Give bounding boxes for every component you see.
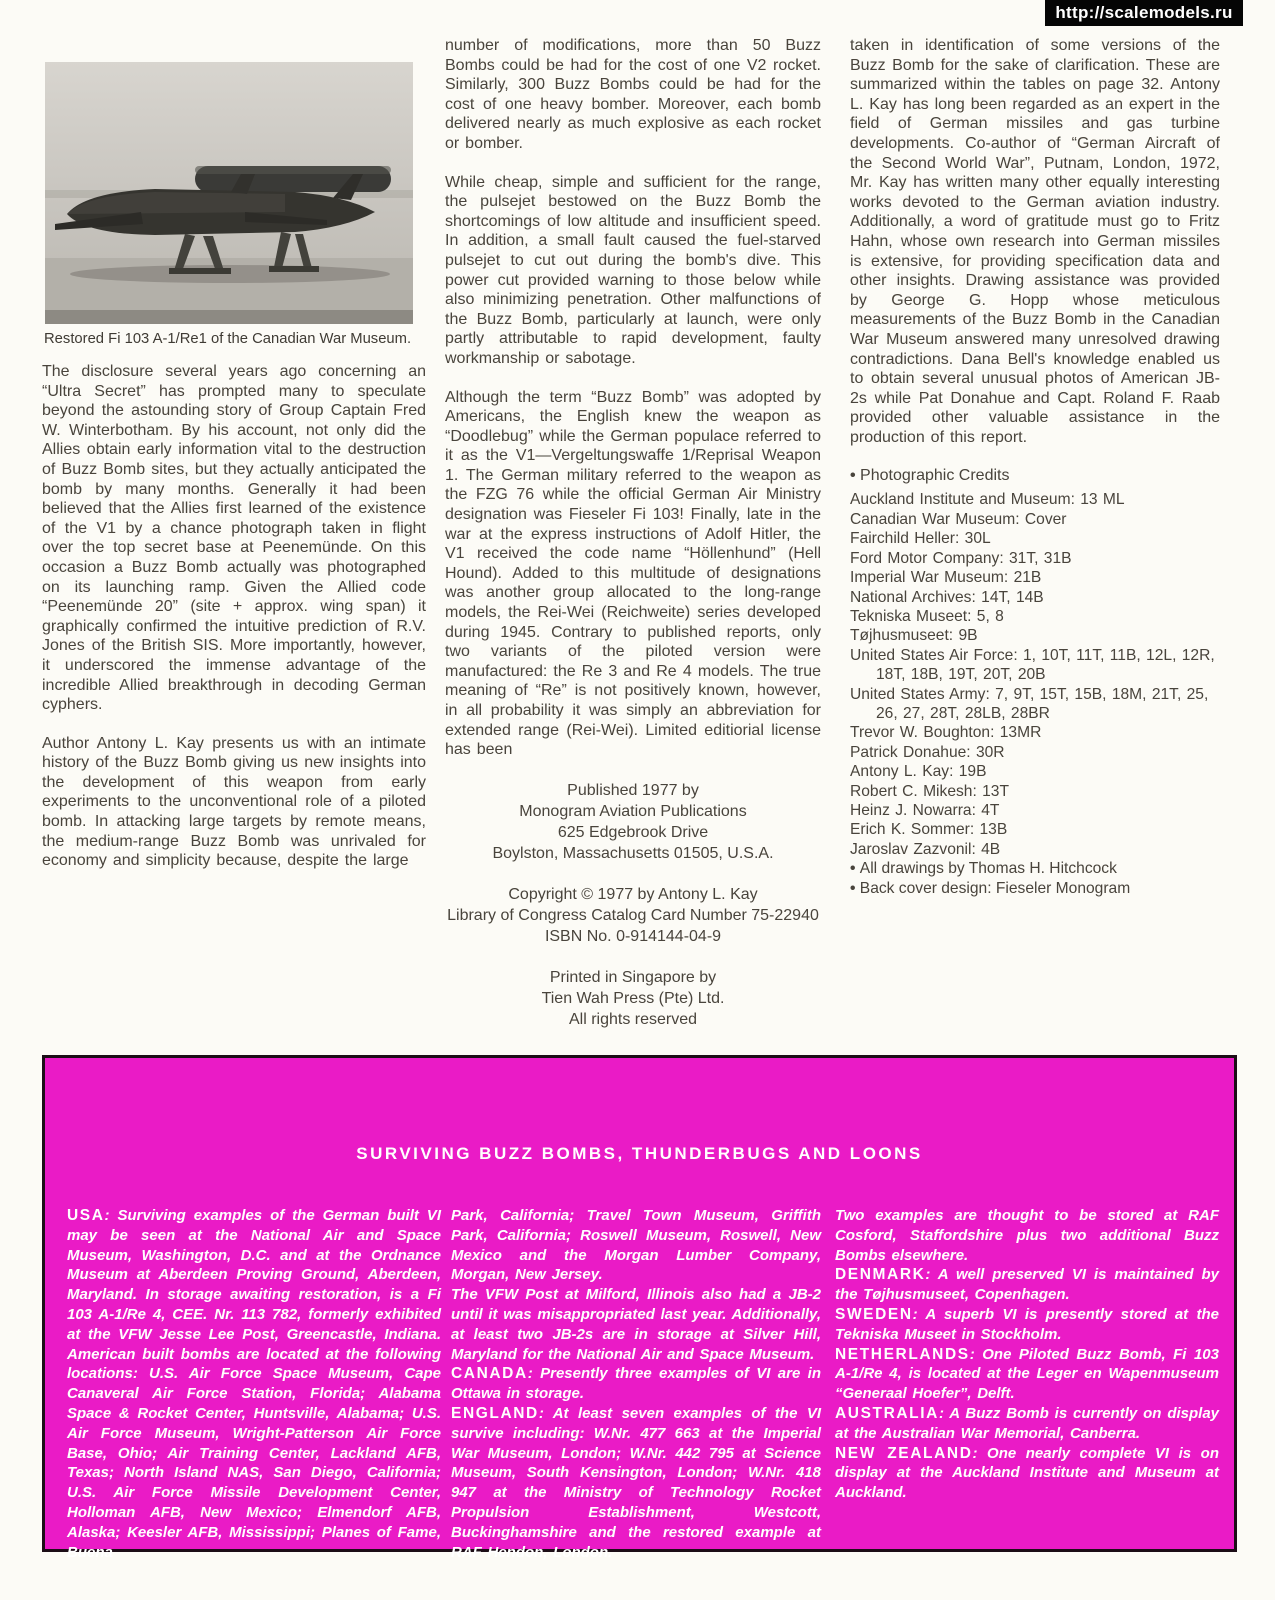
country-label: USA [67, 1207, 105, 1224]
survivor-entry: ENGLAND: At least seven examples of the … [451, 1404, 821, 1562]
publisher-block: Published 1977 byMonogram Aviation Publi… [445, 780, 821, 864]
copyright-line: Copyright © 1977 by Antony L. Kay [363, 884, 903, 905]
credit-line: Patrick Donahue: 30R [850, 743, 1220, 762]
survivor-entry: Two examples are thought to be stored at… [835, 1206, 1219, 1265]
footnote-line: Back cover design: Fieseler Monogram [850, 879, 1220, 898]
credit-line: Trevor W. Boughton: 13MR [850, 723, 1220, 742]
text-column-middle: number of modifications, more than 50 Bu… [445, 36, 821, 1030]
printer-line: Printed in Singapore by [445, 967, 821, 988]
publisher-line: Boylston, Massachusetts 01505, U.S.A. [445, 843, 821, 864]
credit-line: Jaroslav Zazvonil: 4B [850, 840, 1220, 859]
survivor-entry: NETHERLANDS: One Piloted Buzz Bomb, Fi 1… [835, 1345, 1219, 1404]
credit-line: Imperial War Museum: 21B [850, 568, 1220, 587]
publisher-line: Monogram Aviation Publications [445, 801, 821, 822]
footnotes: All drawings by Thomas H. HitchcockBack … [850, 859, 1220, 898]
country-label: NETHERLANDS [835, 1346, 970, 1363]
country-label: DENMARK [835, 1266, 925, 1283]
credit-line: Tekniska Museet: 5, 8 [850, 607, 1220, 626]
survivor-entry: Park, California; Travel Town Museum, Gr… [451, 1206, 821, 1285]
publisher-line: 625 Edgebrook Drive [445, 822, 821, 843]
text-column-left: The disclosure several years ago concern… [42, 362, 426, 890]
credit-line: United States Air Force: 1, 10T, 11T, 11… [850, 646, 1220, 685]
survivor-entry: DENMARK: A well preserved VI is maintain… [835, 1265, 1219, 1305]
copyright-line: Library of Congress Catalog Card Number … [363, 905, 903, 926]
entry-text: At least seven examples of the VI surviv… [451, 1405, 821, 1561]
survivors-title: SURVIVING BUZZ BOMBS, THUNDERBUGS AND LO… [45, 1144, 1234, 1164]
publisher-line: Published 1977 by [445, 780, 821, 801]
paragraph: Author Antony L. Kay presents us with an… [42, 734, 426, 871]
paragraph: taken in identification of some versions… [850, 36, 1220, 447]
printer-line: Tien Wah Press (Pte) Ltd. [445, 988, 821, 1009]
survivor-entry: CANADA: Presently three examples of VI a… [451, 1364, 821, 1404]
survivor-entry: The VFW Post at Milford, Illinois also h… [451, 1285, 821, 1364]
survivors-column-3: Two examples are thought to be stored at… [835, 1206, 1219, 1503]
v1-photo-illustration [45, 62, 413, 324]
credit-line: Heinz J. Nowarra: 4T [850, 801, 1220, 820]
scanned-book-page: http://scalemodels.ru [0, 0, 1275, 1600]
country-label: AUSTRALIA [835, 1405, 939, 1422]
credits-list: Auckland Institute and Museum: 13 MLCana… [850, 490, 1220, 859]
footnote-line: All drawings by Thomas H. Hitchcock [850, 859, 1220, 878]
paragraph: While cheap, simple and sufficient for t… [445, 173, 821, 369]
survivor-entry: SWEDEN: A superb VI is presently stored … [835, 1305, 1219, 1345]
survivor-entry: AUSTRALIA: A Buzz Bomb is currently on d… [835, 1404, 1219, 1444]
credit-line: Erich K. Sommer: 13B [850, 820, 1220, 839]
credit-line: Ford Motor Company: 31T, 31B [850, 549, 1220, 568]
paragraph: Although the term “Buzz Bomb” was adopte… [445, 388, 821, 760]
entry-text: Two examples are thought to be stored at… [835, 1207, 1219, 1264]
entry-text: Surviving examples of the German built V… [67, 1207, 441, 1561]
copyright-line: ISBN No. 0-914144-04-9 [363, 926, 903, 947]
paragraph: The disclosure several years ago concern… [42, 362, 426, 715]
watermark-url: http://scalemodels.ru [1045, 0, 1243, 26]
paragraph: number of modifications, more than 50 Bu… [445, 36, 821, 154]
copyright-block: Copyright © 1977 by Antony L. KayLibrary… [363, 884, 903, 947]
entry-text: The VFW Post at Milford, Illinois also h… [451, 1286, 821, 1362]
photo-caption: Restored Fi 103 A-1/Re1 of the Canadian … [44, 331, 430, 347]
credit-line: National Archives: 14T, 14B [850, 588, 1220, 607]
survivors-column-1: USA: Surviving examples of the German bu… [67, 1206, 441, 1562]
credit-line: Auckland Institute and Museum: 13 ML [850, 490, 1220, 509]
credit-line: United States Army: 7, 9T, 15T, 15B, 18M… [850, 685, 1220, 724]
survivors-box: SURVIVING BUZZ BOMBS, THUNDERBUGS AND LO… [42, 1055, 1237, 1552]
text-column-right: taken in identification of some versions… [850, 36, 1220, 898]
credit-line: Robert C. Mikesh: 13T [850, 782, 1220, 801]
credit-line: Canadian War Museum: Cover [850, 510, 1220, 529]
entry-text: Park, California; Travel Town Museum, Gr… [451, 1207, 821, 1283]
printer-block: Printed in Singapore byTien Wah Press (P… [445, 967, 821, 1030]
credit-line: Fairchild Heller: 30L [850, 529, 1220, 548]
survivor-entry: NEW ZEALAND: One nearly complete VI is o… [835, 1444, 1219, 1503]
v1-photo [45, 62, 413, 324]
survivor-entry: USA: Surviving examples of the German bu… [67, 1206, 441, 1562]
country-label: ENGLAND [451, 1405, 539, 1422]
survivors-column-2: Park, California; Travel Town Museum, Gr… [451, 1206, 821, 1562]
country-label: SWEDEN [835, 1306, 913, 1323]
country-label: CANADA [451, 1365, 528, 1382]
credit-line: Tøjhusmuseet: 9B [850, 626, 1220, 645]
country-label: NEW ZEALAND [835, 1445, 973, 1462]
credit-line: Antony L. Kay: 19B [850, 762, 1220, 781]
credits-header: Photographic Credits [850, 466, 1220, 486]
printer-line: All rights reserved [445, 1009, 821, 1030]
